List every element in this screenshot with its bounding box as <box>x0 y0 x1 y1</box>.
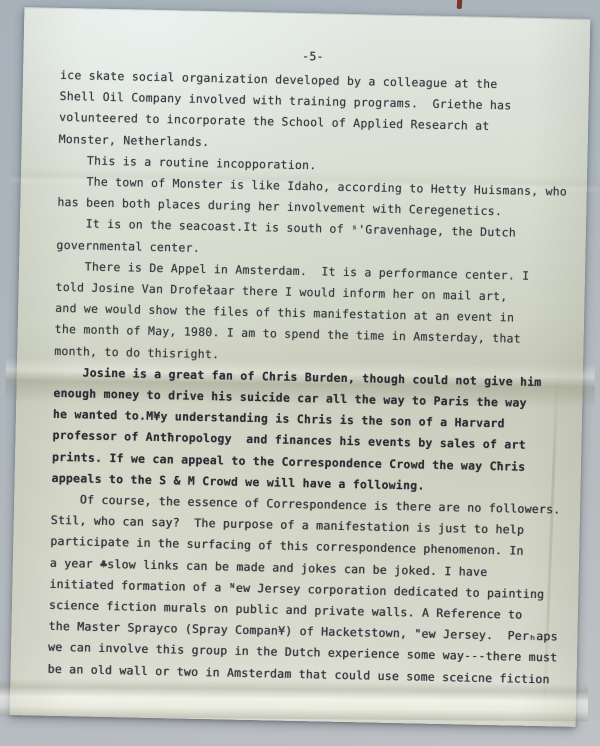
red-ink-mark <box>457 0 463 9</box>
typewritten-letter-page: -5- ice skate social organization develo… <box>10 7 591 727</box>
photo-background: -5- ice skate social organization develo… <box>0 0 600 746</box>
document-body: ice skate social organization developed … <box>47 65 572 690</box>
